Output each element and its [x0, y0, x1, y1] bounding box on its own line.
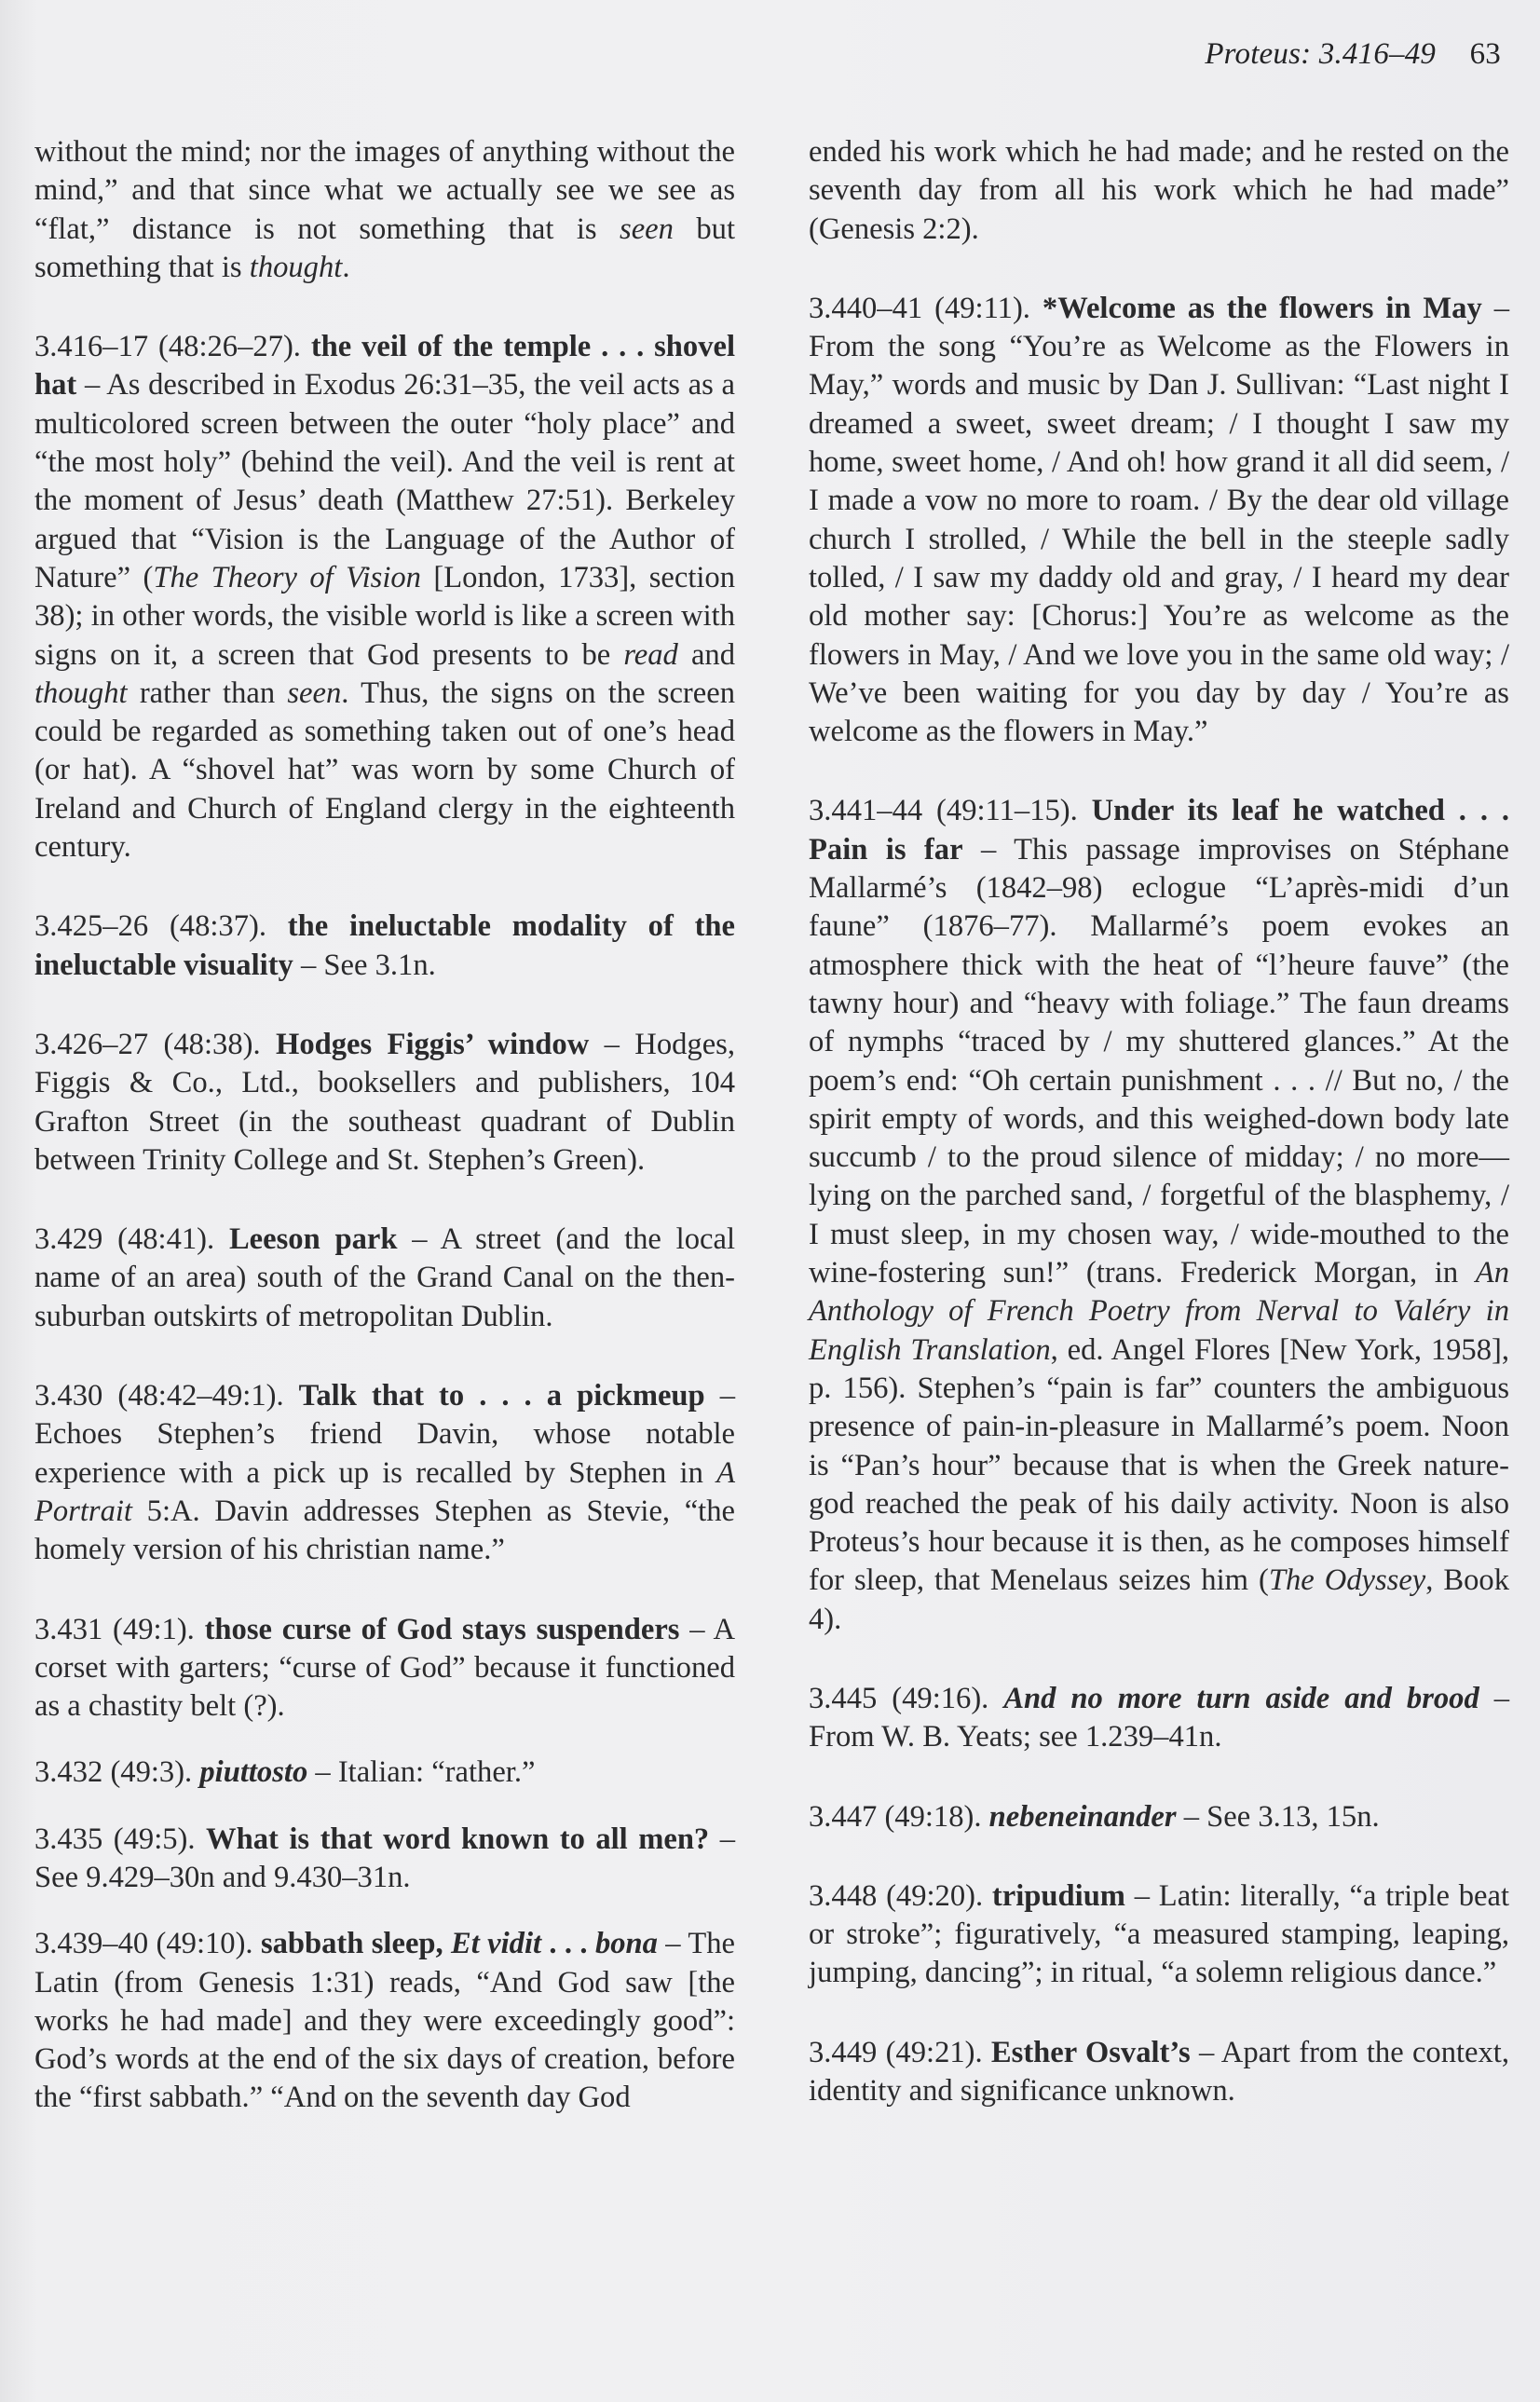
annotation-entry: 3.445 (49:16). And no more turn aside an… — [809, 1680, 1509, 1757]
italic-text: The Odyssey — [1269, 1563, 1425, 1597]
text: – See 3.13, 15n. — [1177, 1800, 1380, 1834]
text: ended his work which he had made; and he… — [809, 135, 1509, 246]
lemma: sabbath sleep, — [261, 1927, 451, 1960]
page-number: 63 — [1470, 37, 1501, 71]
italic-text: thought — [34, 676, 128, 710]
lemma: tripudium — [992, 1879, 1125, 1913]
italic-text: seen — [620, 212, 674, 246]
text: 3.440–41 (49:11). — [809, 292, 1043, 325]
lemma: piuttosto — [199, 1755, 307, 1789]
italic-text: seen — [287, 676, 341, 710]
annotation-entry: 3.430 (48:42–49:1). Talk that to . . . a… — [34, 1377, 735, 1569]
running-title: Proteus: 3.416–49 — [1205, 37, 1436, 71]
annotation-entry: 3.447 (49:18). nebeneinander – See 3.13,… — [809, 1798, 1509, 1836]
text: – From the song “You’re as Welcome as th… — [809, 292, 1509, 748]
running-head: Proteus: 3.416–49 63 — [1205, 37, 1501, 72]
annotation-entry: 3.435 (49:5). What is that word known to… — [34, 1821, 735, 1898]
lemma: Hodges Figgis’ window — [276, 1028, 589, 1061]
text: 3.426–27 (48:38). — [34, 1028, 276, 1061]
text: 3.448 (49:20). — [809, 1879, 992, 1913]
entry-continuation: ended his work which he had made; and he… — [809, 133, 1509, 249]
lemma: . . . — [541, 1927, 595, 1960]
lemma: *Welcome as the flowers in May — [1043, 292, 1482, 325]
text: 3.430 (48:42–49:1). — [34, 1379, 299, 1413]
left-column: without the mind; nor the images of anyt… — [34, 133, 735, 2138]
text: , ed. Angel Flores [New York, 1958], p. … — [809, 1333, 1509, 1598]
lemma: Et vidit — [451, 1927, 541, 1960]
right-column: ended his work which he had made; and he… — [809, 133, 1509, 2131]
annotation-entry: 3.440–41 (49:11). *Welcome as the flower… — [809, 290, 1509, 752]
text: 3.449 (49:21). — [809, 2036, 991, 2069]
italic-text: The Theory of Vision — [153, 561, 421, 594]
annotation-entry: 3.441–44 (49:11–15). Under its leaf he w… — [809, 792, 1509, 1639]
text: – See 3.1n. — [293, 949, 436, 982]
lemma: Talk that to . . . a pickmeup — [299, 1379, 705, 1413]
lemma: Esther Osvalt’s — [991, 2036, 1191, 2069]
lemma: nebeneinander — [989, 1800, 1177, 1834]
text: 3.429 (48:41). — [34, 1222, 229, 1256]
text: – Italian: “rather.” — [307, 1755, 535, 1789]
annotation-entry: 3.439–40 (49:10). sabbath sleep, Et vidi… — [34, 1925, 735, 2117]
annotation-entry: 3.425–26 (48:37). the ineluctable modali… — [34, 908, 735, 985]
annotation-entry: 3.431 (49:1). those curse of God stays s… — [34, 1611, 735, 1726]
text: 3.432 (49:3). — [34, 1755, 199, 1789]
annotation-entry: 3.448 (49:20). tripudium – Latin: litera… — [809, 1877, 1509, 1993]
text: 3.431 (49:1). — [34, 1613, 205, 1646]
entry-continuation: without the mind; nor the images of anyt… — [34, 133, 735, 287]
lemma: those curse of God stays suspenders — [205, 1613, 680, 1646]
text: – This passage improvises on Stéphane Ma… — [809, 833, 1509, 1290]
annotation-entry: 3.426–27 (48:38). Hodges Figgis’ window … — [34, 1026, 735, 1180]
annotation-entry: 3.432 (49:3). piuttosto – Italian: “rath… — [34, 1754, 735, 1792]
italic-text: thought — [250, 251, 343, 284]
italic-text: read — [623, 638, 678, 672]
lemma: bona — [595, 1927, 658, 1960]
text: 3.445 (49:16). — [809, 1682, 1003, 1715]
text: 3.435 (49:5). — [34, 1822, 206, 1856]
text: 3.416–17 (48:26–27). — [34, 330, 311, 363]
text: and — [678, 638, 735, 672]
text: rather than — [128, 676, 288, 710]
text: 5:A. Davin addresses Stephen as Stevie, … — [34, 1494, 735, 1566]
text: . — [342, 251, 349, 284]
text: 3.425–26 (48:37). — [34, 909, 288, 943]
annotation-entry: 3.429 (48:41). Leeson park – A street (a… — [34, 1221, 735, 1336]
text: 3.441–44 (49:11–15). — [809, 794, 1092, 827]
lemma: Leeson park — [229, 1222, 398, 1256]
annotation-entry: 3.416–17 (48:26–27). the veil of the tem… — [34, 328, 735, 867]
lemma: And no more turn aside and brood — [1003, 1682, 1479, 1715]
text: 3.447 (49:18). — [809, 1800, 989, 1834]
text: 3.439–40 (49:10). — [34, 1927, 261, 1960]
lemma: What is that word known to all men? — [206, 1822, 709, 1856]
annotation-entry: 3.449 (49:21). Esther Osvalt’s – Apart f… — [809, 2034, 1509, 2111]
